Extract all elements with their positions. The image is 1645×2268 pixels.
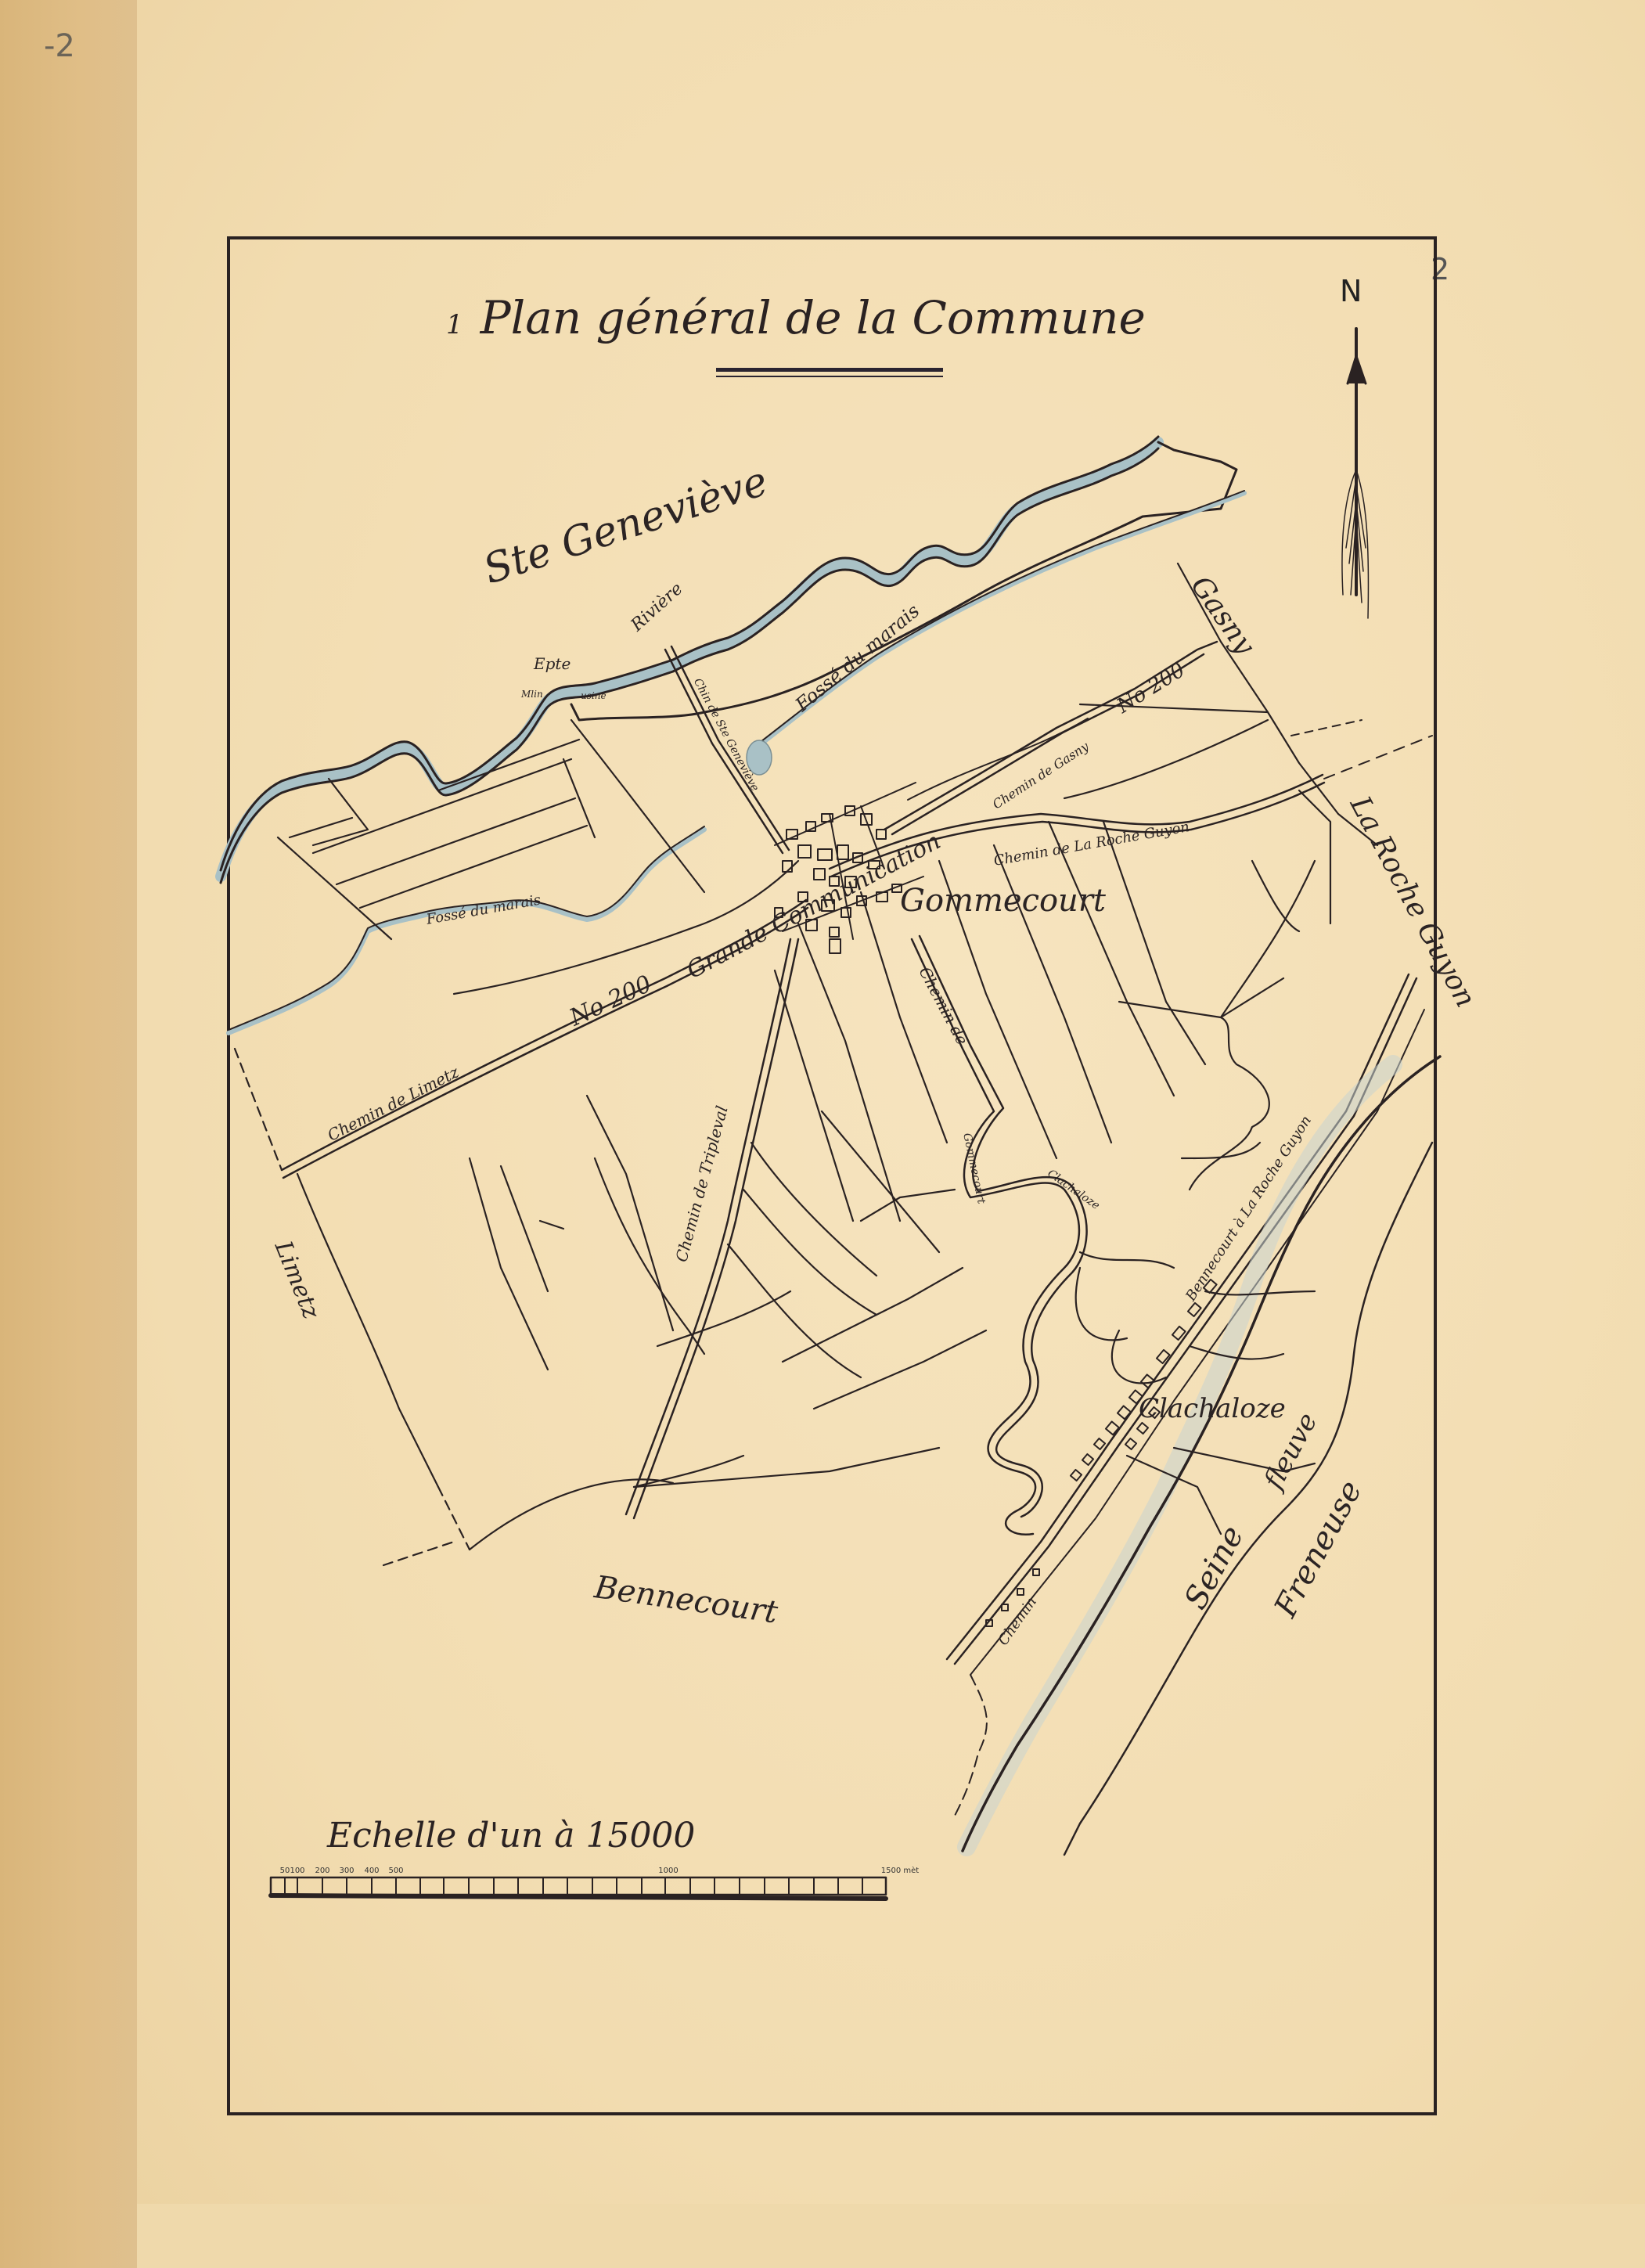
river-seine (955, 1057, 1440, 1855)
label-usine: usine (581, 690, 607, 701)
label-moulin: Mlin (521, 689, 543, 700)
scale-tick-1000: 1000 (658, 1867, 678, 1875)
scale-bar (271, 1877, 886, 1899)
title-text: Plan général de la Commune (481, 291, 1146, 344)
field-boundaries-center (634, 822, 1283, 1487)
north-label: N (1340, 274, 1362, 308)
road-bennecourt-la-roche-guyon (947, 974, 1424, 1675)
scale-tick-500: 500 (388, 1867, 403, 1875)
scale-tick-50: 50 (280, 1867, 290, 1875)
scale-title: Echelle d'un à 15000 (327, 1816, 695, 1856)
title-underline (716, 368, 943, 377)
label-clachaloze: Clachaloze (1139, 1393, 1286, 1424)
map-title: 1Plan général de la Commune (446, 291, 1146, 344)
scale-tick-1500: 1500 mèt (881, 1867, 919, 1875)
scale-tick-100: 100 (290, 1867, 304, 1875)
scale-tick-200: 200 (315, 1867, 329, 1875)
north-arrow-icon (1342, 329, 1369, 618)
scale-tick-400: 400 (364, 1867, 379, 1875)
plate-number: 1 (446, 309, 463, 340)
label-gommecourt: Gommecourt (900, 883, 1106, 919)
label-epte: Epte (534, 654, 571, 673)
road-chemin-de-tripleval (626, 939, 798, 1518)
scale-tick-300: 300 (339, 1867, 354, 1875)
